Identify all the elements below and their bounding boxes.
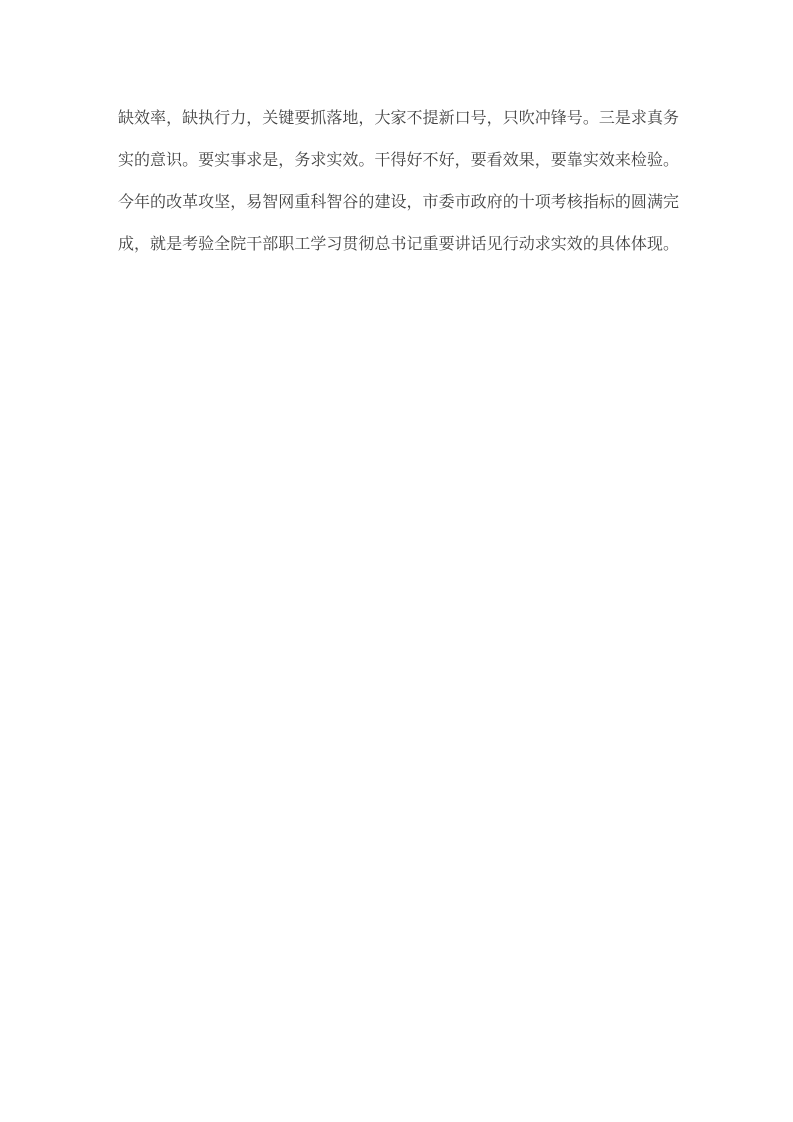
- paragraph-line-3: 今年的改革攻坚，易智网重科智谷的建设，市委市政府的十项考核指标的圆满完: [118, 182, 679, 224]
- paragraph-line-1: 缺效率，缺执行力，关键要抓落地，大家不提新口号，只吹冲锋号。三是求真务: [118, 98, 679, 140]
- paragraph-line-4: 成，就是考验全院干部职工学习贯彻总书记重要讲话见行动求实效的具体体现。: [118, 224, 679, 266]
- paragraph-line-2: 实的意识。要实事求是，务求实效。干得好不好，要看效果，要靠实效来检验。: [118, 140, 679, 182]
- body-paragraph: 缺效率，缺执行力，关键要抓落地，大家不提新口号，只吹冲锋号。三是求真务 实的意识…: [118, 98, 679, 266]
- document-page: 缺效率，缺执行力，关键要抓落地，大家不提新口号，只吹冲锋号。三是求真务 实的意识…: [0, 0, 793, 1122]
